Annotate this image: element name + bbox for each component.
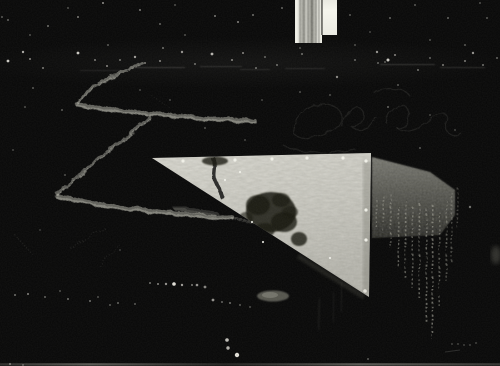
photo-bottom-edge [0, 363, 500, 365]
night-photograph [0, 0, 500, 366]
photo-canvas [0, 0, 500, 366]
film-grain-overlay [0, 0, 500, 366]
